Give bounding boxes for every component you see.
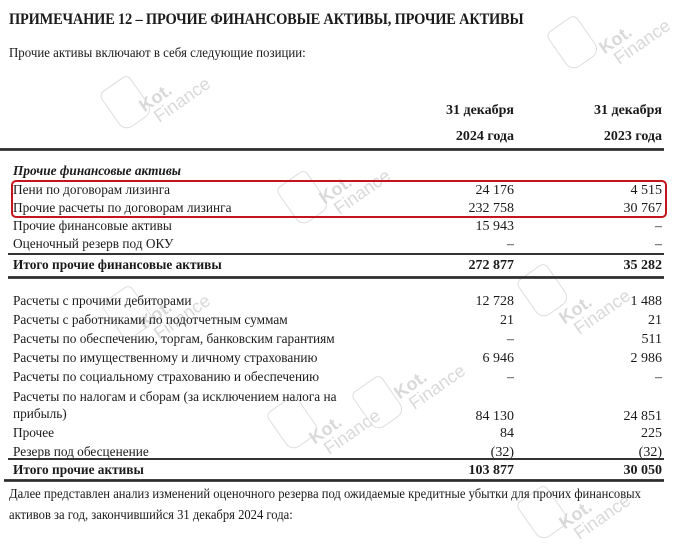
section-heading-financial-assets: Прочие финансовые активы xyxy=(0,162,700,181)
table-row: Прочие расчеты по договорам лизинга 232 … xyxy=(0,199,700,218)
table-row: Оценочный резерв под ОКУ – – xyxy=(0,235,700,254)
document-page: Kot. Finance Kot. Finance Kot. Finance K… xyxy=(0,0,700,543)
total-rule xyxy=(8,276,664,279)
column-header-2023: 31 декабря 2023 года xyxy=(594,98,662,150)
note-title: ПРИМЕЧАНИЕ 12 – ПРОЧИЕ ФИНАНСОВЫЕ АКТИВЫ… xyxy=(9,11,523,29)
table-row: Расчеты с работниками по подотчетным сум… xyxy=(0,311,700,330)
subtotal-rule xyxy=(8,458,664,460)
column-header-2024: 31 декабря 2024 года xyxy=(446,98,514,150)
header-rule xyxy=(0,148,664,151)
table-row: Прочее 84 225 xyxy=(0,424,700,443)
table-row: Прочие финансовые активы 15 943 – xyxy=(0,217,700,236)
table-row: Расчеты по социальному страхованию и обе… xyxy=(0,368,700,387)
table-row: Расчеты по налогам и сборам (за исключен… xyxy=(0,388,700,426)
intro-text: Прочие активы включают в себя следующие … xyxy=(9,46,306,62)
watermark-cat-icon xyxy=(98,74,154,132)
table-row: Расчеты по имущественному и личному стра… xyxy=(0,349,700,368)
watermark: Kot. Finance xyxy=(137,61,214,129)
table-row: Пени по договорам лизинга 24 176 4 515 xyxy=(0,181,700,200)
watermark: Kot. Finance xyxy=(597,3,674,71)
footer-paragraph: Далее представлен анализ изменений оцено… xyxy=(9,484,657,526)
total-row-financial-assets: Итого прочие финансовые активы 272 877 3… xyxy=(0,256,700,275)
watermark-cat-icon xyxy=(545,14,601,72)
total-row-other-assets: Итого прочие активы 103 877 30 050 xyxy=(0,461,700,480)
table-row: Расчеты с прочими дебиторами 12 728 1 48… xyxy=(0,292,700,311)
total-rule xyxy=(4,479,664,482)
subtotal-rule xyxy=(8,253,664,255)
table-row: Расчеты по обеспечению, торгам, банковск… xyxy=(0,330,700,349)
